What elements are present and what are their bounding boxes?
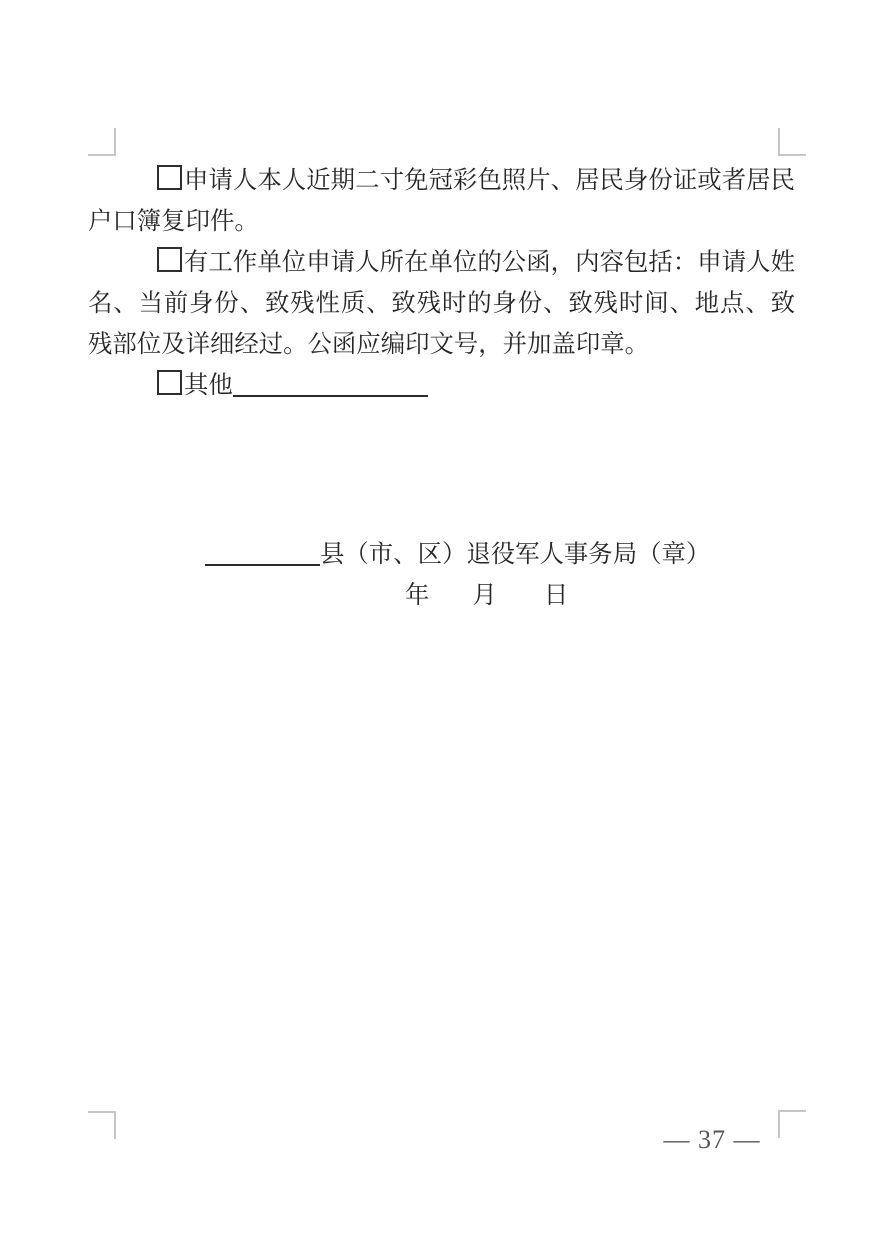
checklist-item-photo-id: 申请人本人近期二寸免冠彩色照片、居民身份证或者居民户口簿复印件。 bbox=[88, 160, 795, 242]
type-area-mark-top-right bbox=[778, 128, 806, 156]
checklist-item-employer-letter-text: 有工作单位申请人所在单位的公函，内容包括：申请人姓名、当前身份、致残性质、致残时… bbox=[88, 249, 795, 358]
checklist-section: 申请人本人近期二寸免冠彩色照片、居民身份证或者居民户口簿复印件。 有工作单位申请… bbox=[88, 160, 795, 406]
type-area-mark-bottom-left bbox=[88, 1111, 116, 1139]
date-day-label: 日 bbox=[544, 582, 568, 609]
checklist-item-photo-id-text: 申请人本人近期二寸免冠彩色照片、居民身份证或者居民户口簿复印件。 bbox=[88, 167, 795, 235]
date-month-label: 月 bbox=[472, 582, 496, 609]
checklist-item-other-label: 其他 bbox=[184, 372, 233, 399]
checkbox-other[interactable] bbox=[157, 370, 182, 395]
document-page: 申请人本人近期二寸免冠彩色照片、居民身份证或者居民户口簿复印件。 有工作单位申请… bbox=[0, 0, 887, 1257]
org-name-blank-field[interactable] bbox=[205, 542, 320, 566]
type-area-mark-top-left bbox=[88, 128, 116, 156]
page-number: — 37 — bbox=[652, 1124, 772, 1156]
date-year-label: 年 bbox=[405, 582, 429, 609]
checkbox-photo-id-copies[interactable] bbox=[157, 165, 182, 190]
signature-org-label: 县（市、区）退役军人事务局（章） bbox=[320, 541, 710, 568]
checkbox-employer-letter[interactable] bbox=[157, 247, 182, 272]
signature-block: 县（市、区）退役军人事务局（章） 年月日 bbox=[88, 534, 795, 616]
signature-org-line: 县（市、区）退役军人事务局（章） bbox=[88, 534, 795, 575]
type-area-mark-bottom-right bbox=[778, 1110, 806, 1138]
other-blank-field[interactable] bbox=[233, 373, 428, 397]
checklist-item-other: 其他 bbox=[88, 365, 795, 406]
checklist-item-employer-letter: 有工作单位申请人所在单位的公函，内容包括：申请人姓名、当前身份、致残性质、致残时… bbox=[88, 242, 795, 365]
signature-date-line: 年月日 bbox=[88, 575, 795, 616]
